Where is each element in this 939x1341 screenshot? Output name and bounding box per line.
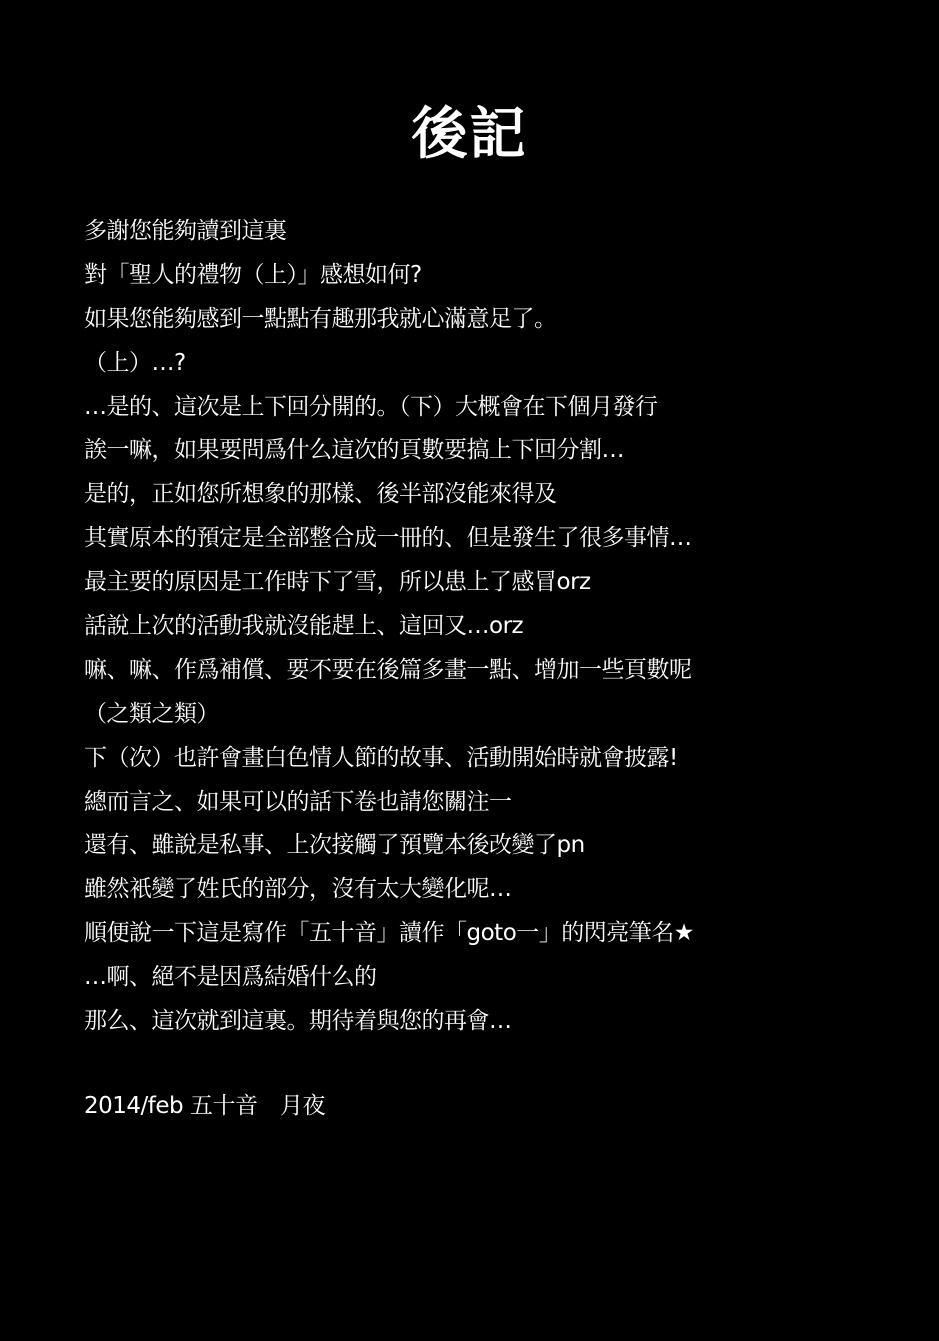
afterword-body: 多謝您能夠讀到這裏 對「聖人的禮物（上）」感想如何? 如果您能夠感到一點點有趣那… — [84, 210, 884, 1044]
body-line: 還有、雖說是私事、上次接觸了預覽本後改變了pn — [84, 824, 884, 868]
body-line: 對「聖人的禮物（上）」感想如何? — [84, 254, 884, 298]
body-line: 總而言之、如果可以的話下卷也請您關注一 — [84, 781, 884, 825]
body-line: 最主要的原因是工作時下了雪，所以患上了感冒orz — [84, 561, 884, 605]
body-line: 嘛、嘛、作爲補償、要不要在後篇多畫一點、增加一些頁數呢 — [84, 649, 884, 693]
body-line: 那么、這次就到這裏。期待着與您的再會… — [84, 1000, 884, 1044]
body-line: …是的、這次是上下回分開的。（下）大概會在下個月發行 — [84, 386, 884, 430]
body-line: 其實原本的預定是全部整合成一冊的、但是發生了很多事情… — [84, 517, 884, 561]
page-title: 後記 — [0, 100, 939, 170]
body-line: 如果您能夠感到一點點有趣那我就心滿意足了。 — [84, 298, 884, 342]
body-line: 下（次）也許會畫白色情人節的故事、活動開始時就會披露! — [84, 737, 884, 781]
body-line: 多謝您能夠讀到這裏 — [84, 210, 884, 254]
body-line: 是的，正如您所想象的那樣、後半部沒能來得及 — [84, 473, 884, 517]
signature: 2014/feb 五十音 月夜 — [84, 1088, 325, 1124]
body-line: （上）…? — [84, 342, 884, 386]
body-line: 誒一嘛，如果要問爲什么這次的頁數要搞上下回分割… — [84, 429, 884, 473]
body-line: 雖然衹變了姓氏的部分，沒有太大變化呢… — [84, 868, 884, 912]
body-line: 順便說一下這是寫作「五十音」讀作「goto一」的閃亮筆名★ — [84, 912, 884, 956]
body-line: 話說上次的活動我就沒能趕上、這回又…orz — [84, 605, 884, 649]
body-line: …啊、絕不是因爲結婚什么的 — [84, 956, 884, 1000]
body-line: （之類之類） — [84, 693, 884, 737]
